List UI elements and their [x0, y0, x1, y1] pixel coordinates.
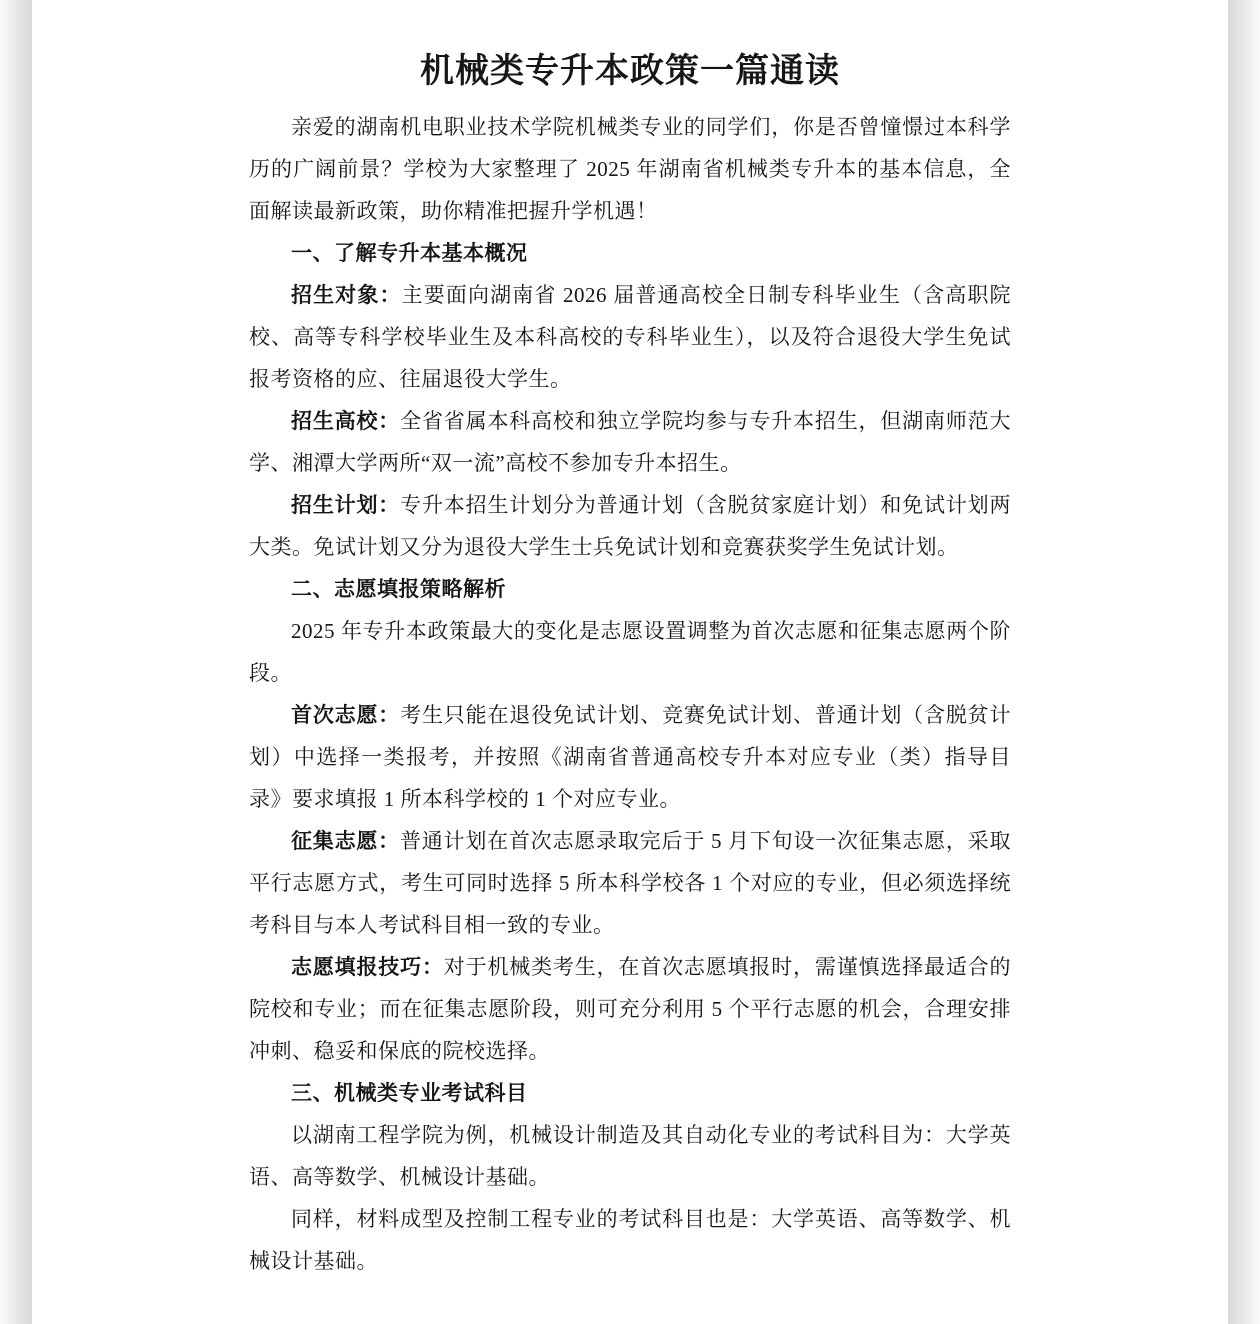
paragraph-policy-change: 2025 年专升本政策最大的变化是志愿设置调整为首次志愿和征集志愿两个阶段。: [249, 610, 1011, 694]
section-heading-1: 一、了解专升本基本概况: [249, 232, 1011, 274]
paragraph-collected-choice: 征集志愿：普通计划在首次志愿录取完后于 5 月下旬设一次征集志愿，采取平行志愿方…: [249, 820, 1011, 946]
paragraph-text: 以湖南工程学院为例，机械设计制造及其自动化专业的考试科目为：大学英语、高等数学、…: [249, 1123, 1011, 1189]
heading-text: 三、机械类专业考试科目: [291, 1081, 528, 1105]
section-heading-3: 三、机械类专业考试科目: [249, 1072, 1011, 1114]
paragraph-label: 招生对象：: [291, 283, 402, 307]
section-heading-2: 二、志愿填报策略解析: [249, 568, 1011, 610]
paragraph-label: 招生计划：: [291, 493, 400, 517]
paragraph-text: 亲爱的湖南机电职业技术学院机械类专业的同学们，你是否曾憧憬过本科学历的广阔前景？…: [249, 115, 1011, 223]
paragraph-text: 同样，材料成型及控制工程专业的考试科目也是：大学英语、高等数学、机械设计基础。: [249, 1207, 1011, 1273]
paragraph-text: 2025 年专升本政策最大的变化是志愿设置调整为首次志愿和征集志愿两个阶段。: [249, 619, 1011, 685]
paragraph-exam-subjects-1: 以湖南工程学院为例，机械设计制造及其自动化专业的考试科目为：大学英语、高等数学、…: [249, 1114, 1011, 1198]
document-title: 机械类专升本政策一篇通读: [249, 48, 1011, 96]
paragraph-enrollment-target: 招生对象：主要面向湖南省 2026 届普通高校全日制专科毕业生（含高职院校、高等…: [249, 274, 1011, 400]
page-edge-shadow-right: [1228, 0, 1260, 1324]
paragraph-exam-subjects-2: 同样，材料成型及控制工程专业的考试科目也是：大学英语、高等数学、机械设计基础。: [249, 1198, 1011, 1282]
intro-paragraph: 亲爱的湖南机电职业技术学院机械类专业的同学们，你是否曾憧憬过本科学历的广阔前景？…: [249, 106, 1011, 232]
paragraph-label: 征集志愿：: [291, 829, 400, 853]
document-page: 机械类专升本政策一篇通读 亲爱的湖南机电职业技术学院机械类专业的同学们，你是否曾…: [32, 0, 1228, 1324]
heading-text: 二、志愿填报策略解析: [291, 577, 506, 601]
paragraph-label: 首次志愿：: [291, 703, 400, 727]
page-edge-shadow-left: [0, 0, 32, 1324]
heading-text: 一、了解专升本基本概况: [291, 241, 528, 265]
paragraph-enrollment-plan: 招生计划：专升本招生计划分为普通计划（含脱贫家庭计划）和免试计划两大类。免试计划…: [249, 484, 1011, 568]
paragraph-label: 招生高校：: [291, 409, 400, 433]
paragraph-application-tips: 志愿填报技巧：对于机械类考生，在首次志愿填报时，需谨慎选择最适合的院校和专业；而…: [249, 946, 1011, 1072]
paragraph-first-choice: 首次志愿：考生只能在退役免试计划、竞赛免试计划、普通计划（含脱贫计划）中选择一类…: [249, 694, 1011, 820]
paragraph-enrollment-schools: 招生高校：全省省属本科高校和独立学院均参与专升本招生，但湖南师范大学、湘潭大学两…: [249, 400, 1011, 484]
paragraph-label: 志愿填报技巧：: [291, 955, 444, 979]
